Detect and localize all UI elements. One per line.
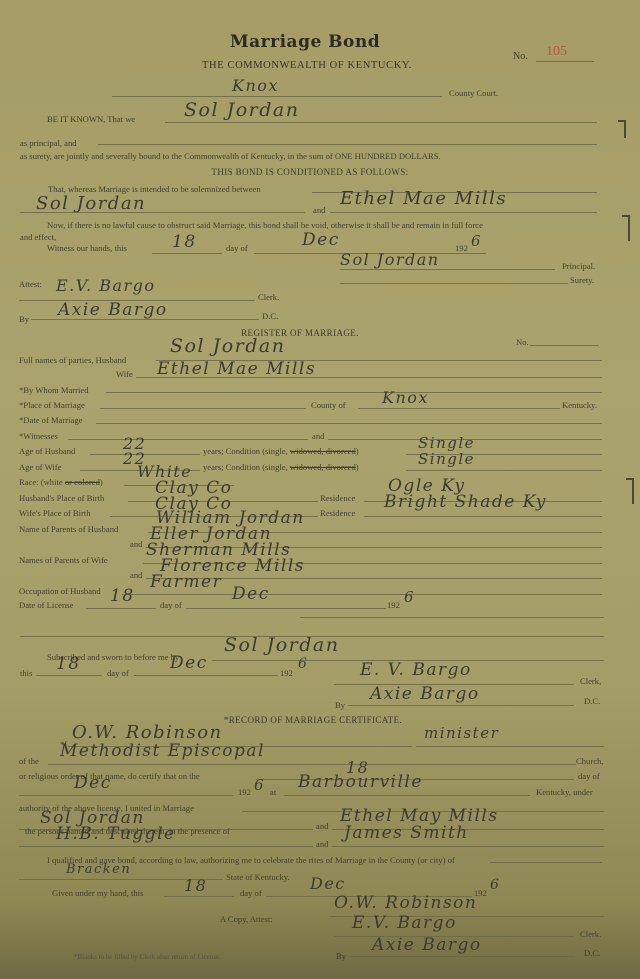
age-wife-label: Age of Wife — [19, 462, 61, 472]
witness2-name: James Smith — [344, 823, 469, 843]
principal-signature: Sol Jordan — [340, 250, 440, 269]
principal-name: Sol Jordan — [184, 99, 299, 121]
register-no-label: No. — [516, 337, 529, 347]
age-husband-label: Age of Husband — [19, 446, 75, 456]
license-day-of-label: day of — [160, 600, 182, 610]
rule — [96, 423, 602, 424]
rule — [340, 283, 568, 284]
county-of-label: County of — [311, 400, 346, 410]
sworn-month-value: Dec — [170, 653, 208, 673]
race-label: Race: (white or colored) — [19, 477, 103, 487]
bond-number-label: No. — [513, 51, 528, 62]
given-day-value: 18 — [184, 876, 207, 895]
by-whom-label: *By Whom Married — [19, 385, 89, 395]
rule — [100, 408, 306, 409]
rule — [36, 675, 102, 676]
condition-suffix: ) — [356, 462, 359, 472]
this-label: this — [20, 668, 32, 678]
condition-text-wife: years; Condition (single, widowed, divor… — [203, 462, 359, 472]
husband-name: Sol Jordan — [170, 335, 285, 357]
qualified-county-value: Bracken — [66, 862, 131, 877]
margin-tab-mark — [626, 478, 634, 504]
year-prefix: 192 — [455, 243, 468, 253]
condition-text-husband: years; Condition (single, widowed, divor… — [203, 446, 359, 456]
surety-label: Surety. — [570, 275, 594, 285]
given-year-digit: 6 — [490, 877, 500, 893]
margin-tab-mark — [622, 215, 630, 241]
marriage-bond-document: Marriage Bond THE COMMONWEALTH OF KENTUC… — [0, 0, 640, 979]
cert-dc-signature: Axie Bargo — [372, 935, 482, 955]
copy-attest-label: A Copy, Attest: — [220, 914, 273, 924]
rule — [68, 439, 308, 440]
kentucky-under-label: Kentucky, under — [536, 787, 593, 797]
parents-and-label: and — [130, 539, 142, 549]
cert-day-of-label: day of — [578, 771, 600, 781]
rule — [86, 608, 156, 609]
officiant-name: O.W. Robinson — [72, 722, 223, 743]
parents-wife-label: Names of Parents of Wife — [19, 555, 108, 565]
county-value: Knox — [232, 76, 279, 95]
county-court-label: County Court. — [449, 88, 498, 98]
rule — [134, 675, 278, 676]
license-year-prefix: 192 — [387, 600, 400, 610]
race-prefix: Race: (white — [19, 477, 63, 487]
as-surety-text: as surety, are jointly and severally bou… — [20, 151, 441, 161]
document-title: Marriage Bond — [0, 32, 610, 52]
license-year-digit: 6 — [404, 588, 415, 606]
date-of-marriage-label: *Date of Marriage — [19, 415, 82, 425]
rule — [340, 269, 555, 270]
rule — [406, 470, 602, 471]
attest-label: Attest: — [19, 279, 42, 289]
wife-residence-label: Residence — [320, 508, 355, 518]
register-dc-label: D.C. — [584, 696, 600, 706]
sworn-year-digit: 6 — [298, 656, 308, 672]
occupation-label: Occupation of Husband — [19, 586, 101, 596]
condition-prefix: years; Condition (single, — [203, 446, 288, 456]
register-dc-signature: Axie Bargo — [370, 684, 480, 704]
sworn-day-value: 18 — [56, 654, 81, 674]
church-label: Church, — [576, 756, 603, 766]
full-names-label: Full names of parties, Husband — [19, 355, 126, 365]
witness-label: Witness our hands, this — [47, 243, 127, 253]
parents-wife-and-label: and — [130, 570, 142, 580]
now-if-text: Now, if there is no lawful cause to obst… — [47, 220, 483, 230]
and-label: and — [313, 205, 325, 215]
witnesses-and-label: and — [312, 431, 324, 441]
rule — [106, 392, 602, 393]
witness-and-label: and — [316, 839, 328, 849]
day-of-label: day of — [226, 243, 248, 253]
officiant-signature: O.W. Robinson — [334, 893, 477, 913]
witnesses-label: *Witnesses — [19, 431, 58, 441]
rule — [284, 795, 530, 796]
deputy-clerk-signature: Axie Bargo — [58, 300, 168, 320]
parents-husband-label: Name of Parents of Husband — [19, 524, 118, 534]
cert-at-label: at — [270, 787, 276, 797]
witness-day: 18 — [172, 232, 197, 252]
attest-clerk-signature: E.V. Bargo — [56, 276, 156, 295]
principal-label: Principal. — [562, 261, 595, 271]
rule — [19, 846, 313, 847]
cert-dc-label: D.C. — [584, 948, 600, 958]
given-day-of-label: day of — [240, 888, 262, 898]
church-value: Methodist Episcopal — [60, 741, 265, 761]
license-day-value: 18 — [110, 586, 135, 606]
condition-prefix: years; Condition (single, — [203, 462, 288, 472]
occupation-value: Farmer — [150, 572, 222, 592]
race-struck: or colored — [65, 477, 100, 487]
cert-clerk-signature: E.V. Bargo — [352, 913, 457, 933]
given-month-value: Dec — [310, 874, 346, 893]
be-it-known-label: BE IT KNOWN, That we — [47, 114, 135, 124]
rule — [364, 516, 602, 517]
and-effect-text: and effect, — [20, 232, 56, 242]
state-label: State of Kentucky. — [226, 872, 290, 882]
bond-number-line — [536, 61, 594, 62]
rule — [490, 862, 602, 863]
rule — [152, 253, 222, 254]
cert-clerk-label: Clerk. — [580, 929, 601, 939]
rule — [330, 212, 597, 213]
principal-line — [165, 122, 597, 123]
officiant-title: minister — [424, 724, 499, 742]
sworn-year-prefix: 192 — [280, 668, 293, 678]
license-date-label: Date of License — [19, 600, 73, 610]
cert-and-label: and — [316, 821, 328, 831]
as-principal-label: as principal, and — [20, 138, 77, 148]
rule — [122, 594, 602, 595]
wife-birth-label: Wife's Place of Birth — [19, 508, 91, 518]
rule — [350, 956, 574, 957]
rule — [20, 212, 305, 213]
condition-wife-value: Single — [418, 450, 475, 468]
race-suffix: ) — [100, 477, 103, 487]
kentucky-label: Kentucky. — [562, 400, 597, 410]
county-line — [112, 96, 442, 97]
register-clerk-label: Clerk, — [580, 676, 601, 686]
rule — [19, 795, 233, 796]
dc-label: D.C. — [262, 311, 278, 321]
register-header: REGISTER OF MARRIAGE. — [0, 328, 600, 338]
margin-tab-mark — [618, 120, 626, 138]
register-clerk-signature: E. V. Bargo — [360, 660, 472, 680]
wife-name: Ethel Mae Mills — [157, 359, 316, 379]
witness-month: Dec — [302, 230, 340, 250]
condition-struck: widowed, divorced — [290, 462, 356, 472]
witness1-name: H.B. Tuggle — [56, 824, 176, 844]
rule — [300, 617, 604, 618]
register-by-label: By — [335, 700, 345, 710]
wife-label: Wife — [116, 369, 133, 379]
sworn-day-of-label: day of — [107, 668, 129, 678]
given-label: Given under my hand, this — [52, 888, 143, 898]
rule — [416, 746, 604, 747]
rule — [31, 319, 259, 320]
footnote: *Blanks to be filled by Clerk after retu… — [74, 953, 221, 961]
by-label: By — [19, 314, 29, 324]
place-label: *Place of Marriage — [19, 400, 85, 410]
party2-name: Ethel Mae Mills — [340, 188, 507, 209]
cert-year-prefix: 192 — [238, 787, 251, 797]
bond-number: 105 — [546, 44, 567, 60]
wife-residence-value: Bright Shade Ky — [384, 492, 547, 512]
rule — [164, 896, 234, 897]
cert-year-digit: 6 — [254, 776, 265, 794]
of-the-label: of the — [19, 756, 39, 766]
rule — [136, 377, 602, 378]
rule — [48, 764, 576, 765]
county-of-value: Knox — [382, 388, 429, 407]
cert-by-label: By — [336, 951, 346, 961]
rule — [358, 408, 560, 409]
rule — [452, 253, 486, 254]
cert-place-value: Barbourville — [298, 772, 423, 792]
subscribed-by-value: Sol Jordan — [224, 634, 339, 656]
rule — [332, 846, 604, 847]
license-month-value: Dec — [232, 584, 270, 604]
husband-residence-label: Residence — [320, 493, 355, 503]
surety-name-line — [98, 144, 597, 145]
rule — [186, 608, 386, 609]
condition-struck: widowed, divorced — [290, 446, 356, 456]
cert-month-value: Dec — [74, 773, 112, 793]
witness-year-digit: 6 — [471, 232, 482, 250]
husband-birth-label: Husband's Place of Birth — [19, 493, 104, 503]
clerk-label: Clerk. — [258, 292, 279, 302]
rule — [530, 345, 599, 346]
party1-name: Sol Jordan — [36, 193, 146, 214]
rule — [348, 705, 574, 706]
condition-suffix: ) — [356, 446, 359, 456]
conditioned-header: THIS BOND IS CONDITIONED AS FOLLOWS: — [0, 167, 620, 177]
